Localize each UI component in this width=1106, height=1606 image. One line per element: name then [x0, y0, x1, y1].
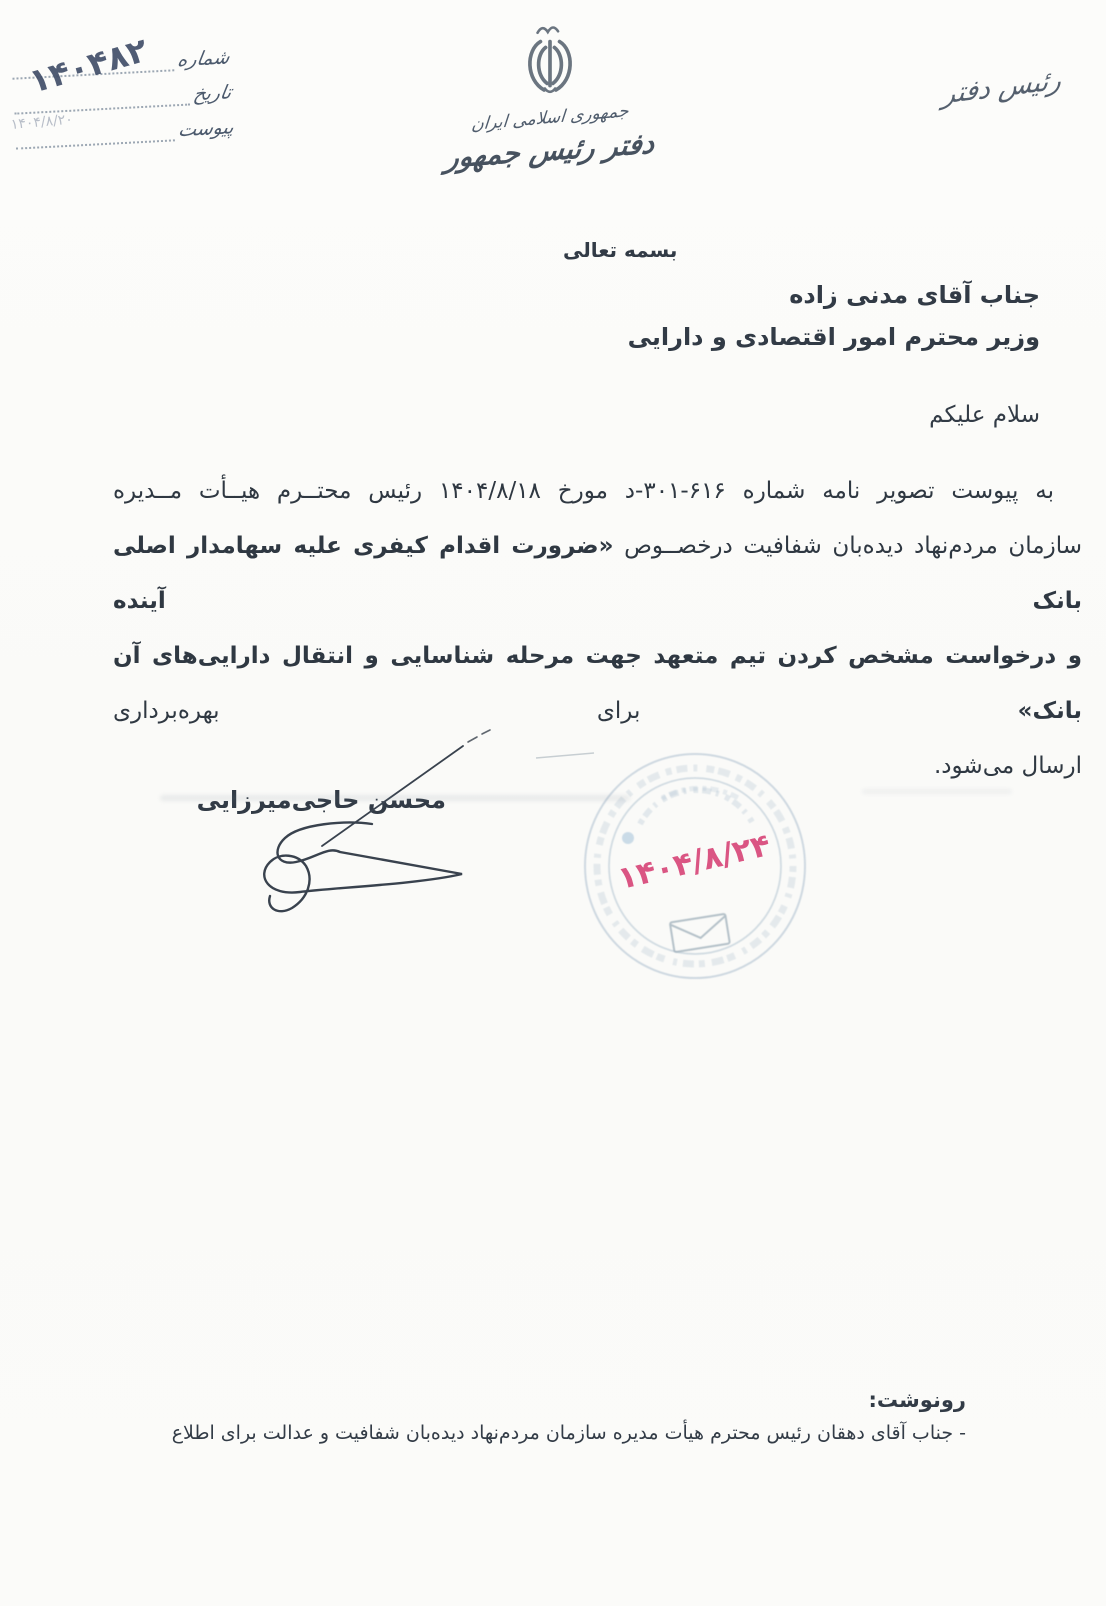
attachment-label: پیوست — [176, 116, 235, 141]
stamp-date-handwritten: ۱۴۰۴/۸/۲۴ — [614, 827, 773, 897]
cc-label: رونوشت: — [172, 1388, 966, 1412]
iran-national-emblem-icon — [513, 24, 587, 112]
body-line-2: سازمان مردم‌نهاد دیده‌بان شفافیت درخصــو… — [113, 519, 1082, 629]
footer-cc-block: رونوشت: - جناب آقای دهقان رئیس محترم هیأ… — [172, 1388, 966, 1444]
scan-smudge — [160, 795, 630, 801]
salutation-text: سلام علیکم — [929, 402, 1040, 428]
letterhead: جمهوری اسلامی ایران دفتر رئیس جمهور — [400, 24, 700, 167]
besmele-text: بسمه تعالی — [563, 238, 677, 262]
date-label: تاریخ — [192, 81, 233, 105]
number-label: شماره — [176, 46, 231, 71]
reference-block: شماره تاریخ پیوست ۱۴۰۴۸۲ ۱۴۰۴/۸/۲۰ — [11, 46, 234, 162]
recipient-name: جناب آقای مدنی زاده — [628, 274, 1040, 316]
recipient-title: وزیر محترم امور اقتصادی و دارایی — [628, 316, 1040, 358]
receipt-stamp: ۱۴۰۴/۸/۲۴ — [0, 0, 1106, 1606]
recipient-block: جناب آقای مدنی زاده وزیر محترم امور اقتص… — [628, 274, 1040, 358]
body-line-1: به پیوست تصویر نامه شماره ۶۱۶-۳۰۱-د مورخ… — [113, 464, 1082, 519]
head-office-note: رئیس دفتر — [941, 64, 1063, 110]
cc-item: - جناب آقای دهقان رئیس محترم هیأت مدیره … — [172, 1422, 966, 1444]
letter-page: شماره تاریخ پیوست ۱۴۰۴۸۲ ۱۴۰۴/۸/۲۰ — [0, 0, 1106, 1606]
handwritten-signature — [0, 0, 1106, 1606]
letter-body: به پیوست تصویر نامه شماره ۶۱۶-۳۰۱-د مورخ… — [113, 464, 1082, 794]
body-line-3: و درخواست مشخص کردن تیم متعهد جهت مرحله … — [113, 629, 1082, 739]
scan-smudge — [862, 789, 1012, 794]
